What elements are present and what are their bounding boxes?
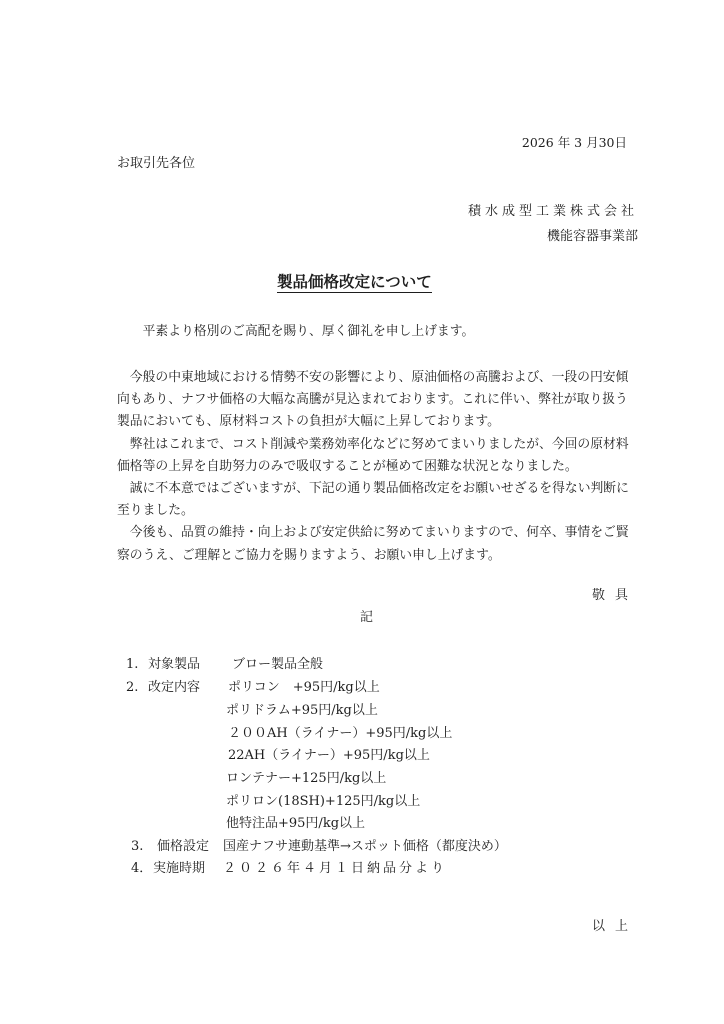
division-name: 機能容器事業部 bbox=[547, 230, 638, 243]
item-label: 実施時期 bbox=[153, 862, 205, 875]
item-value: 22AH（ライナー）+95円/kg以上 bbox=[228, 749, 430, 762]
item-label: 価格設定 bbox=[157, 840, 209, 853]
recipient: お取引先各位 bbox=[117, 157, 195, 170]
paragraph: 弊社はこれまで、コスト削減や業務効率化などに努めてまいりましたが、今回の原材料価… bbox=[117, 434, 635, 478]
item-value: 他特注品+95円/kg以上 bbox=[226, 817, 365, 830]
ki-heading: 記 bbox=[360, 611, 373, 624]
item-value: 国産ナフサ連動基準→スポット価格（都度決め） bbox=[223, 840, 507, 853]
paragraph: 誠に不本意ではございますが、下記の通り製品価格改定をお願いせざるを得ない判断に至… bbox=[117, 478, 635, 522]
item-label: 対象製品 bbox=[148, 658, 200, 671]
company-name: 積水成型工業株式会社 bbox=[468, 205, 638, 218]
item-value: ブロー製品全般 bbox=[232, 658, 323, 671]
item-label: 改定内容 bbox=[148, 681, 200, 694]
closing-keigu: 敬具 bbox=[592, 589, 638, 602]
document-date: 2026 年 3 月30日 bbox=[522, 137, 627, 150]
item-number: 1. bbox=[126, 658, 138, 671]
item-value: ポリコン +95円/kg以上 bbox=[228, 681, 380, 694]
item-number: 3. bbox=[131, 840, 143, 853]
item-value: ２００AH（ライナー）+95円/kg以上 bbox=[228, 727, 452, 740]
closing-ijou: 以上 bbox=[592, 920, 638, 933]
greeting: 平素より格別のご高配を賜り、厚く御礼を申し上げます。 bbox=[117, 321, 635, 343]
item-number: 2. bbox=[126, 681, 138, 694]
item-value: ポリロン(18SH)+125円/kg以上 bbox=[226, 795, 420, 808]
item-value: ２０２６年４月１日納品分より bbox=[223, 862, 447, 875]
body-paragraphs: 今般の中東地域における情勢不安の影響により、原油価格の高騰および、一段の円安傾向… bbox=[117, 367, 635, 567]
page-title: 製品価格改定について bbox=[277, 274, 432, 293]
item-number: 4． bbox=[131, 862, 152, 875]
paragraph: 今後も、品質の維持・向上および安定供給に努めてまいりますので、何卒、事情をご賢察… bbox=[117, 522, 635, 566]
item-value: ポリドラム+95円/kg以上 bbox=[226, 704, 378, 717]
paragraph: 今般の中東地域における情勢不安の影響により、原油価格の高騰および、一段の円安傾向… bbox=[117, 367, 635, 434]
item-value: ロンテナー+125円/kg以上 bbox=[226, 772, 386, 785]
